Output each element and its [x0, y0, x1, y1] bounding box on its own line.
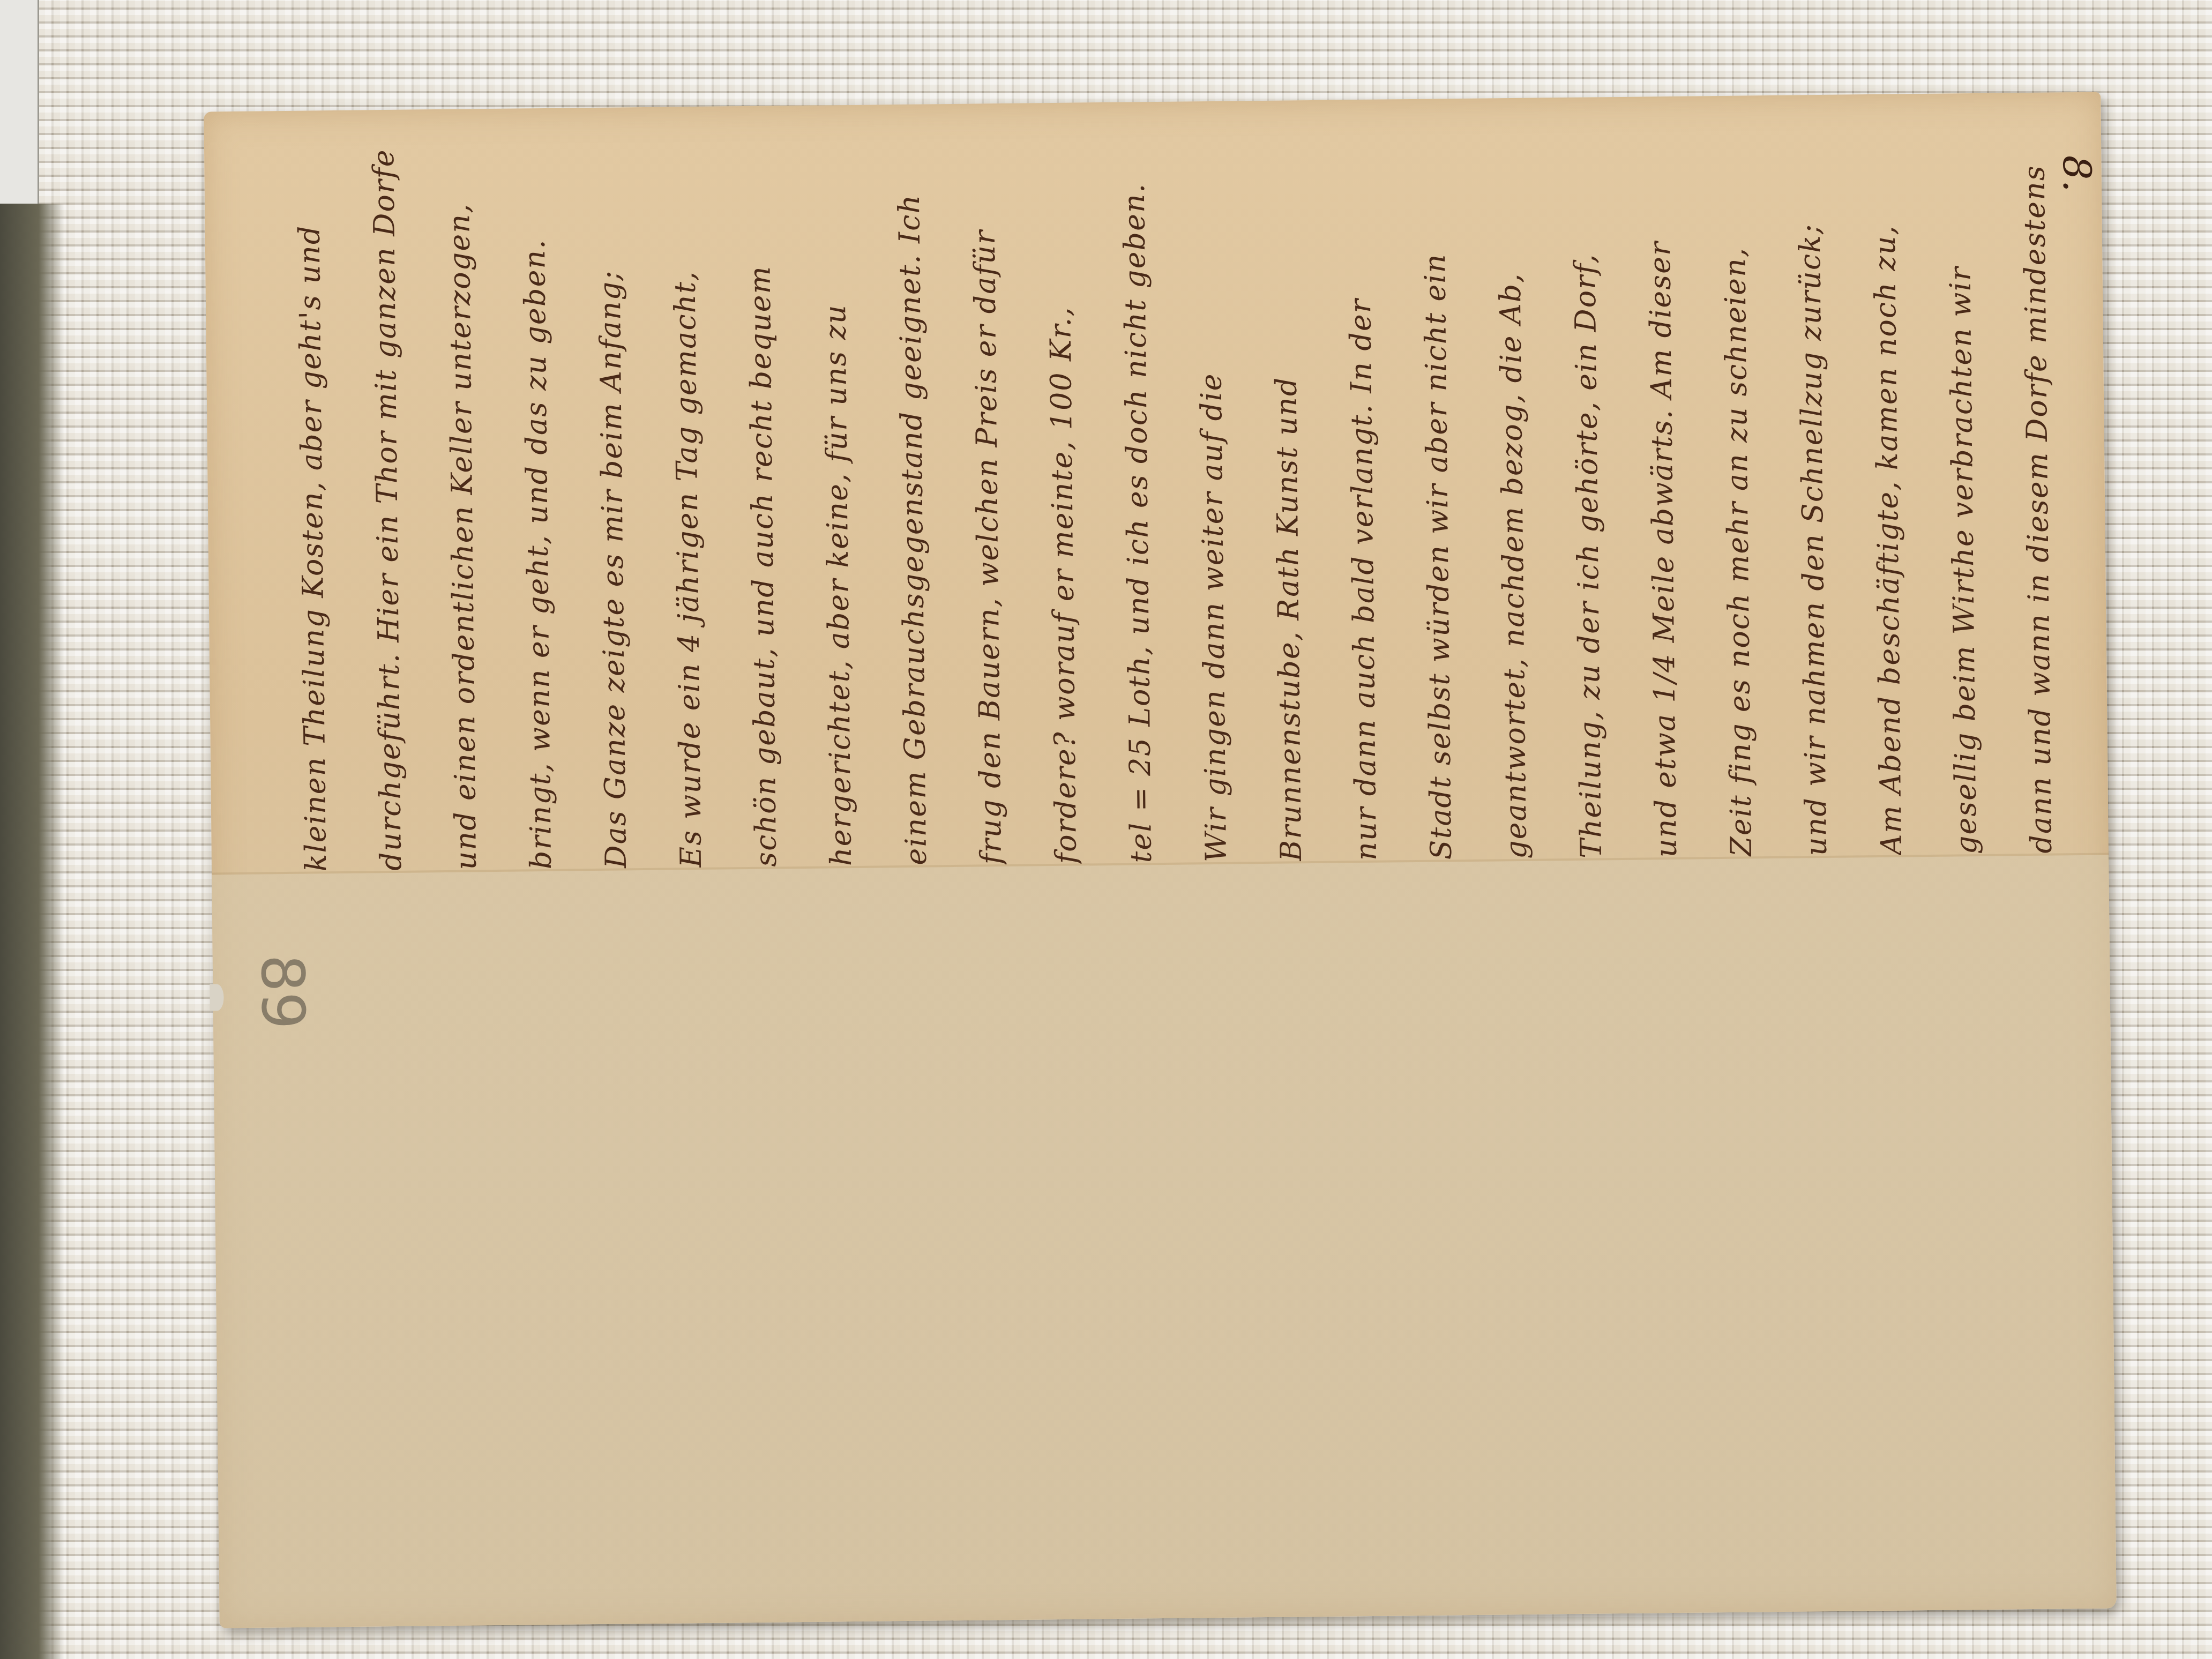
text-line: durchgeführt. Hier ein Thor mit ganzen D… — [360, 131, 415, 871]
text-line: geantwortet, nachdem bezog, die Ab, — [1485, 119, 1541, 860]
text-line: Theilung, zu der ich gehörte, ein Dorf, — [1560, 118, 1616, 858]
archive-pencil-number: 89 — [248, 954, 317, 1030]
text-line: gesellig beim Wirthe verbrachten wir — [1935, 115, 1991, 855]
text-line: hergerichtet, aber keine, für uns zu — [810, 126, 865, 866]
background-card-corner — [0, 0, 39, 204]
handwritten-text-block: kleinen Theilung Kosten, aber geht's und… — [285, 114, 2104, 893]
text-line: Das Ganze zeigte es mir beim Anfang; — [585, 129, 640, 869]
text-line: und etwa 1/4 Meile abwärts. Am dieser — [1635, 118, 1691, 858]
text-line: Brunnenstube, Rath Kunst und — [1260, 122, 1316, 862]
text-line: schön gebaut, und auch recht bequem — [735, 127, 790, 867]
text-line: Stadt selbst würden wir aber nicht ein — [1410, 120, 1466, 860]
text-line: kleinen Theilung Kosten, aber geht's und — [285, 132, 340, 872]
text-line: tel = 25 Loth, und ich es doch nicht geb… — [1110, 123, 1165, 863]
text-line: Wir gingen dann weiter auf die — [1185, 123, 1240, 863]
page-number: 8. — [2054, 155, 2100, 192]
background-shadow — [0, 204, 64, 1659]
text-line: nur dann auch bald verlangt. In der — [1335, 121, 1391, 861]
torn-edge — [210, 984, 224, 1011]
text-line: Am Abend beschäftigte, kamen noch zu, — [1860, 115, 1916, 855]
text-line: Zeit fing es noch mehr an zu schneien, — [1710, 117, 1766, 857]
text-line: Es wurde ein 4 jährigen Tag gemacht, — [660, 128, 715, 868]
blank-lower-half — [212, 855, 2117, 1628]
text-line: einem Gebrauchsgegenstand geeignet. Ich — [885, 125, 940, 865]
text-line: fordere? worauf er meinte, 100 Kr., — [1035, 124, 1090, 864]
letter-page: 89 kleinen Theilung Kosten, aber geht's … — [204, 92, 2116, 1628]
text-line: dann und wann in diesem Dorfe mindestens — [2010, 114, 2066, 854]
text-line: bringt, wenn er geht, und das zu geben. — [510, 130, 565, 870]
text-line: und einen ordentlichen Keller unterzogen… — [435, 130, 490, 870]
text-line: und wir nahmen den Schnellzug zurück; — [1785, 116, 1841, 856]
text-line: frug den Bauern, welchen Preis er dafür — [960, 125, 1015, 865]
